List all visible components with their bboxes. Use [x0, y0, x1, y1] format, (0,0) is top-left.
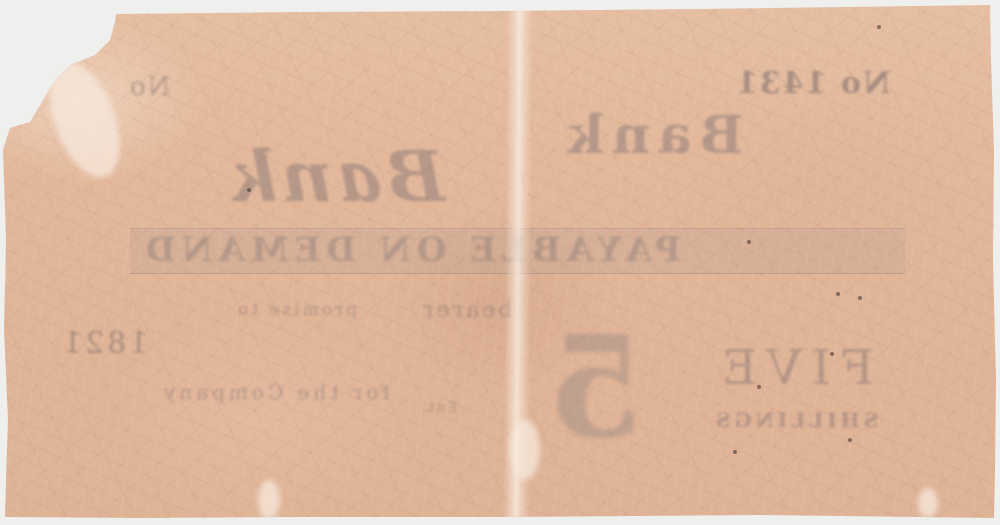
- vertical-fold-crease: [503, 10, 533, 520]
- showthrough-title-main: Bank: [225, 135, 445, 218]
- showthrough-bearer-text: bearer: [420, 298, 512, 323]
- banknote-reverse: No 1431 No Bank Bank PAYABLE ON DEMAND p…: [0, 0, 1000, 525]
- showthrough-banner-text: PAYABLE ON DEMAND: [140, 230, 681, 270]
- ink-speck: [836, 292, 840, 296]
- worn-spot: [258, 480, 280, 520]
- showthrough-amount-unit: SHILLINGS: [712, 408, 878, 432]
- ink-speck: [877, 25, 881, 29]
- showthrough-corner-mark: No: [128, 72, 170, 102]
- showthrough-title-top: Bank: [560, 105, 743, 166]
- worn-spot: [918, 488, 938, 518]
- showthrough-promise-text: promise to: [235, 300, 357, 320]
- ink-speck: [247, 188, 251, 192]
- ink-speck: [848, 438, 852, 442]
- showthrough-serial-number: No 1431: [735, 66, 890, 101]
- ink-speck: [757, 385, 761, 389]
- ink-speck: [733, 450, 737, 454]
- showthrough-amount-word: FIVE: [712, 340, 874, 396]
- showthrough-date: 1821: [60, 326, 148, 361]
- ink-speck: [858, 296, 862, 300]
- ink-speck: [830, 352, 834, 356]
- showthrough-denomination-numeral: 5: [545, 318, 644, 458]
- photo-background: No 1431 No Bank Bank PAYABLE ON DEMAND p…: [0, 0, 1000, 525]
- showthrough-small-mark: Ent.: [420, 400, 457, 416]
- ink-speck: [747, 240, 751, 244]
- showthrough-signature-line: for the Company: [160, 380, 390, 404]
